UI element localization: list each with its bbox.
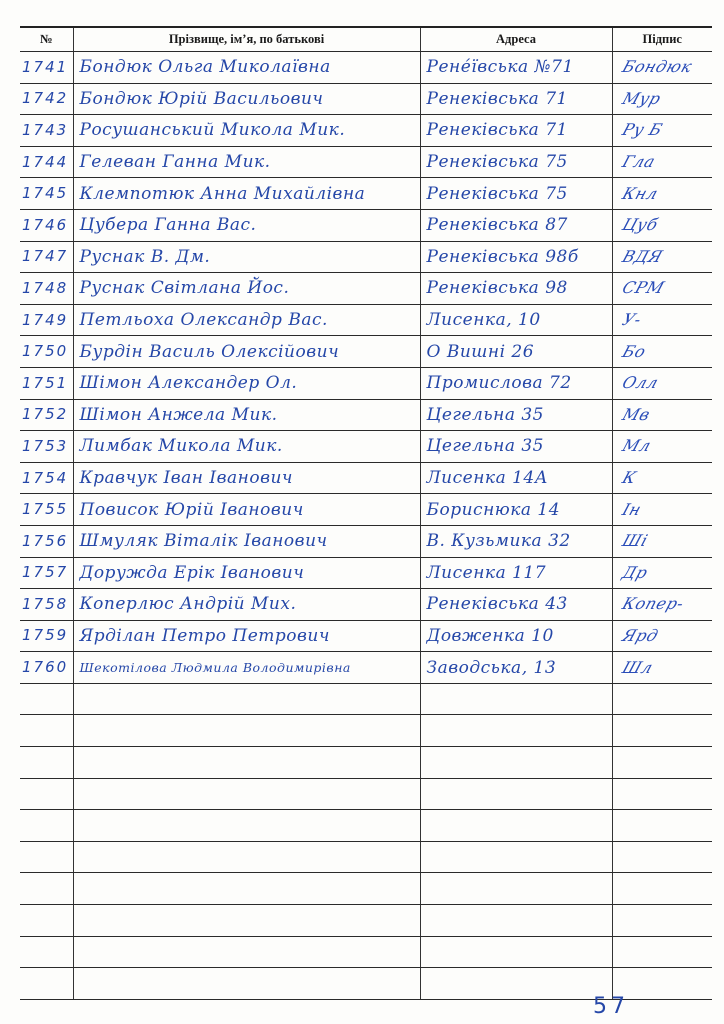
signer-signature-cell: Кнл (612, 178, 712, 210)
signer-address-cell: Бориснюка 14 (420, 494, 612, 526)
row-number-cell: 1750 (20, 336, 73, 368)
signer-name-cell (73, 968, 420, 1000)
row-number: 1755 (20, 500, 68, 518)
signer-address-cell: О Вишні 26 (420, 336, 612, 368)
signer-name: Росушанський Микола Мик. (74, 120, 346, 140)
signer-name-cell (73, 683, 420, 715)
signer-signature-cell: Гла (612, 146, 712, 178)
signer-name: Коперлюс Андрій Мих. (74, 594, 297, 614)
signer-address-cell: Ренеківська 75 (420, 146, 612, 178)
table-row: 1749Петльоха Олександр Вас.Лисенка, 10У- (20, 304, 712, 336)
row-number-cell (20, 841, 73, 873)
petition-sheet: № Прізвище, ім’я, по батькові Адреса Під… (0, 0, 724, 1024)
signer-address-cell (420, 715, 612, 747)
table-row: 1746Цубера Ганна Вас.Ренеківська 87Цуб (20, 209, 712, 241)
signer-signature-cell (612, 841, 712, 873)
signer-signature-cell: Бо (612, 336, 712, 368)
signer-signature: СРМ (612, 278, 666, 297)
table-row: 1750Бурдін Василь ОлексійовичО Вишні 26Б… (20, 336, 712, 368)
row-number-cell: 1756 (20, 525, 73, 557)
signer-signature-cell: Бондюк (612, 52, 712, 84)
signer-signature-cell: ВДЯ (612, 241, 712, 273)
row-number: 1741 (20, 58, 68, 76)
row-number: 1760 (20, 658, 68, 676)
signer-address: Ренеківська 98б (421, 247, 579, 267)
row-number-cell: 1752 (20, 399, 73, 431)
table-row: 1743Росушанський Микола Мик.Ренеківська … (20, 115, 712, 147)
signer-address: Ренеківська 71 (421, 120, 568, 140)
row-number: 1746 (20, 216, 68, 234)
table-row: 1757Доружда Ерік ІвановичЛисенка 117Др (20, 557, 712, 589)
signer-name-cell (73, 715, 420, 747)
row-number-cell: 1759 (20, 620, 73, 652)
signer-signature-cell: Шл (612, 652, 712, 684)
table-row: 1756Шмуляк Віталік ІвановичВ. Кузьмика 3… (20, 525, 712, 557)
table-row: 1754Кравчук Іван ІвановичЛисенка 14АК (20, 462, 712, 494)
signer-signature-cell: Ші (612, 525, 712, 557)
row-number: 1744 (20, 153, 68, 171)
signer-address-cell (420, 841, 612, 873)
signer-address-cell (420, 747, 612, 779)
signer-address: Ренеківська 75 (421, 152, 568, 172)
row-number-cell: 1743 (20, 115, 73, 147)
row-number-cell: 1753 (20, 431, 73, 463)
signer-address: О Вишні 26 (421, 342, 535, 362)
signer-signature: Бондюк (612, 57, 694, 76)
signer-address-cell (420, 683, 612, 715)
signer-signature-cell (612, 778, 712, 810)
signer-signature: К (612, 468, 638, 487)
row-number-cell: 1747 (20, 241, 73, 273)
signer-address-cell: Промислова 72 (420, 367, 612, 399)
table-row (20, 905, 712, 937)
signer-name: Бурдін Василь Олексійович (74, 342, 340, 362)
signer-address-cell (420, 873, 612, 905)
signer-signature-cell: Ін (612, 494, 712, 526)
signer-name-cell: Шекотілова Людмила Володимирівна (73, 652, 420, 684)
signer-name-cell: Доружда Ерік Іванович (73, 557, 420, 589)
row-number-cell (20, 968, 73, 1000)
signer-address-cell (420, 936, 612, 968)
signer-signature: Мл (612, 436, 653, 455)
row-number: 1758 (20, 595, 68, 613)
table-body: 1741Бондюк Ольга МиколаївнаРене́ївська №… (20, 52, 712, 1000)
table-row (20, 873, 712, 905)
signer-signature-cell (612, 810, 712, 842)
signer-signature-cell: Ру Б (612, 115, 712, 147)
row-number-cell: 1760 (20, 652, 73, 684)
table-row (20, 747, 712, 779)
column-header-name: Прізвище, ім’я, по батькові (73, 27, 420, 52)
row-number: 1759 (20, 626, 68, 644)
signer-name-cell: Коперлюс Андрій Мих. (73, 589, 420, 621)
row-number-cell: 1748 (20, 273, 73, 305)
signer-name-cell: Бондюк Юрій Васильович (73, 83, 420, 115)
signer-signature-cell: Цуб (612, 209, 712, 241)
table-row: 1747Руснак В. Дм.Ренеківська 98бВДЯ (20, 241, 712, 273)
signer-name-cell: Петльоха Олександр Вас. (73, 304, 420, 336)
signer-address: Заводська, 13 (421, 658, 557, 678)
signer-address: Цегельна 35 (421, 436, 545, 456)
signer-signature: Мв (612, 405, 652, 424)
row-number-cell (20, 873, 73, 905)
column-header-address: Адреса (420, 27, 612, 52)
signer-signature-cell: У- (612, 304, 712, 336)
signer-name: Руснак Світлана Йос. (74, 278, 290, 298)
signer-name: Цубера Ганна Вас. (74, 215, 257, 235)
signer-address-cell: Довженка 10 (420, 620, 612, 652)
signer-name-cell (73, 905, 420, 937)
signer-name-cell (73, 936, 420, 968)
row-number-cell (20, 747, 73, 779)
signer-name-cell: Повисок Юрій Іванович (73, 494, 420, 526)
signer-name-cell (73, 778, 420, 810)
signer-name: Ярділан Петро Петрович (74, 626, 330, 646)
signer-address: Лисенка 14А (421, 468, 549, 488)
page-number: 57 (593, 994, 629, 1019)
signer-signature-cell: Мур (612, 83, 712, 115)
table-row (20, 936, 712, 968)
row-number: 1750 (20, 342, 68, 360)
signer-signature-cell (612, 683, 712, 715)
row-number: 1751 (20, 374, 68, 392)
table-row (20, 715, 712, 747)
signer-address-cell: В. Кузьмика 32 (420, 525, 612, 557)
signer-name-cell: Шмуляк Віталік Іванович (73, 525, 420, 557)
signer-address: Ренеківська 43 (421, 594, 568, 614)
table-row: 1744Гелеван Ганна Мик.Ренеківська 75Гла (20, 146, 712, 178)
signer-name: Шмуляк Віталік Іванович (74, 531, 328, 551)
row-number: 1747 (20, 247, 68, 265)
signer-name: Шімон Александер Ол. (74, 373, 298, 393)
signer-name: Шекотілова Людмила Володимирівна (74, 660, 351, 675)
signer-address: Довженка 10 (421, 626, 554, 646)
signer-signature: У- (612, 310, 644, 329)
signer-signature-cell: К (612, 462, 712, 494)
signer-name-cell (73, 810, 420, 842)
row-number-cell: 1758 (20, 589, 73, 621)
signer-signature: Ру Б (612, 120, 664, 139)
signer-name: Бондюк Ольга Миколаївна (74, 57, 331, 77)
table-row (20, 841, 712, 873)
row-number-cell: 1741 (20, 52, 73, 84)
table-row (20, 778, 712, 810)
row-number: 1743 (20, 121, 68, 139)
row-number-cell: 1745 (20, 178, 73, 210)
signer-address: Рене́ївська №71 (421, 57, 574, 77)
signer-name: Шімон Анжела Мик. (74, 405, 278, 425)
signer-address: Цегельна 35 (421, 405, 545, 425)
signer-address-cell: Ренеківська 87 (420, 209, 612, 241)
column-header-signature: Підпис (612, 27, 712, 52)
signer-address-cell: Цегельна 35 (420, 431, 612, 463)
signer-name-cell (73, 747, 420, 779)
signer-signature: Ші (612, 531, 650, 550)
signer-address: Лисенка 117 (421, 563, 547, 583)
signer-signature-cell (612, 905, 712, 937)
signer-name: Руснак В. Дм. (74, 247, 211, 267)
row-number-cell: 1751 (20, 367, 73, 399)
signer-address: Промислова 72 (421, 373, 572, 393)
signer-signature-cell: Олл (612, 367, 712, 399)
signer-signature-cell (612, 747, 712, 779)
signer-signature-cell (612, 936, 712, 968)
signer-address: Ренеківська 71 (421, 89, 568, 109)
table-row: 1742Бондюк Юрій ВасильовичРенеківська 71… (20, 83, 712, 115)
signer-name: Бондюк Юрій Васильович (74, 89, 324, 109)
signer-name-cell: Росушанський Микола Мик. (73, 115, 420, 147)
signer-signature: Олл (612, 373, 661, 392)
row-number: 1752 (20, 405, 68, 423)
table-row (20, 810, 712, 842)
row-number-cell: 1755 (20, 494, 73, 526)
row-number-cell: 1749 (20, 304, 73, 336)
signer-name-cell: Кравчук Іван Іванович (73, 462, 420, 494)
row-number-cell (20, 905, 73, 937)
signer-address-cell: Ренеківська 71 (420, 83, 612, 115)
signer-address-cell: Рене́ївська №71 (420, 52, 612, 84)
row-number: 1749 (20, 311, 68, 329)
table-row: 1752Шімон Анжела Мик.Цегельна 35Мв (20, 399, 712, 431)
signer-address-cell (420, 968, 612, 1000)
signer-address-cell (420, 905, 612, 937)
row-number-cell (20, 778, 73, 810)
row-number-cell (20, 715, 73, 747)
signer-name: Кравчук Іван Іванович (74, 468, 294, 488)
table-row: 1755Повисок Юрій ІвановичБориснюка 14Ін (20, 494, 712, 526)
signer-address-cell: Ренеківська 98б (420, 241, 612, 273)
table-row: 1741Бондюк Ольга МиколаївнаРене́ївська №… (20, 52, 712, 84)
signer-name-cell: Руснак Світлана Йос. (73, 273, 420, 305)
signer-address: В. Кузьмика 32 (421, 531, 571, 551)
row-number-cell: 1744 (20, 146, 73, 178)
signer-address: Ренеківська 75 (421, 184, 568, 204)
signer-name-cell (73, 873, 420, 905)
table-row: 1758Коперлюс Андрій Мих.Ренеківська 43Ко… (20, 589, 712, 621)
table-row: 1751Шімон Александер Ол.Промислова 72Олл (20, 367, 712, 399)
row-number-cell: 1746 (20, 209, 73, 241)
signer-address-cell (420, 810, 612, 842)
row-number: 1745 (20, 184, 68, 202)
signer-address-cell: Лисенка, 10 (420, 304, 612, 336)
signature-table: № Прізвище, ім’я, по батькові Адреса Під… (20, 26, 712, 1000)
signer-name: Клемпотюк Анна Михайлівна (74, 184, 366, 204)
signer-address: Ренеківська 98 (421, 278, 568, 298)
signer-name-cell: Гелеван Ганна Мик. (73, 146, 420, 178)
row-number-cell (20, 683, 73, 715)
signer-signature: Кнл (612, 184, 660, 203)
signer-address-cell (420, 778, 612, 810)
signer-signature-cell (612, 715, 712, 747)
row-number-cell (20, 810, 73, 842)
signer-name-cell: Цубера Ганна Вас. (73, 209, 420, 241)
signer-name-cell: Клемпотюк Анна Михайлівна (73, 178, 420, 210)
signer-signature-cell: Ярд (612, 620, 712, 652)
signer-signature: Мур (612, 89, 663, 108)
table-header-row: № Прізвище, ім’я, по батькові Адреса Під… (20, 27, 712, 52)
signer-name-cell: Лимбак Микола Мик. (73, 431, 420, 463)
table-row: 1748Руснак Світлана Йос.Ренеківська 98СР… (20, 273, 712, 305)
signer-address: Ренеківська 87 (421, 215, 568, 235)
signer-signature: ВДЯ (612, 247, 665, 266)
row-number-cell: 1742 (20, 83, 73, 115)
signer-signature-cell: Мл (612, 431, 712, 463)
signer-signature: Ярд (612, 626, 660, 645)
row-number: 1754 (20, 469, 68, 487)
signer-address-cell: Ренеківська 75 (420, 178, 612, 210)
signer-signature: Др (612, 563, 650, 582)
row-number: 1748 (20, 279, 68, 297)
signer-address-cell: Цегельна 35 (420, 399, 612, 431)
signer-signature: Гла (612, 152, 657, 171)
table-row: 1753Лимбак Микола Мик.Цегельна 35Мл (20, 431, 712, 463)
signer-signature: Шл (612, 658, 655, 677)
signer-address-cell: Заводська, 13 (420, 652, 612, 684)
signer-name-cell: Бурдін Василь Олексійович (73, 336, 420, 368)
signer-signature-cell: Др (612, 557, 712, 589)
signer-address: Бориснюка 14 (421, 500, 561, 520)
signer-signature-cell (612, 873, 712, 905)
signer-address: Лисенка, 10 (421, 310, 541, 330)
signer-name: Петльоха Олександр Вас. (74, 310, 328, 330)
signer-name: Повисок Юрій Іванович (74, 500, 304, 520)
table-row: 1745Клемпотюк Анна МихайлівнаРенеківська… (20, 178, 712, 210)
signer-address-cell: Ренеківська 71 (420, 115, 612, 147)
signer-name: Гелеван Ганна Мик. (74, 152, 271, 172)
signer-address-cell: Лисенка 117 (420, 557, 612, 589)
row-number-cell: 1757 (20, 557, 73, 589)
signer-signature: Ін (612, 500, 643, 519)
signer-signature-cell: Копер- (612, 589, 712, 621)
row-number: 1742 (20, 89, 68, 107)
signer-name-cell: Бондюк Ольга Миколаївна (73, 52, 420, 84)
signer-signature-cell: СРМ (612, 273, 712, 305)
table-row: 1759Ярділан Петро ПетровичДовженка 10Ярд (20, 620, 712, 652)
signer-name: Доружда Ерік Іванович (74, 563, 305, 583)
column-header-number: № (20, 27, 73, 52)
signer-address-cell: Ренеківська 43 (420, 589, 612, 621)
signer-name-cell (73, 841, 420, 873)
row-number-cell: 1754 (20, 462, 73, 494)
table-row (20, 683, 712, 715)
signer-address-cell: Ренеківська 98 (420, 273, 612, 305)
table-row: 1760Шекотілова Людмила ВолодимирівнаЗаво… (20, 652, 712, 684)
row-number: 1756 (20, 532, 68, 550)
row-number-cell (20, 936, 73, 968)
signer-name-cell: Шімон Александер Ол. (73, 367, 420, 399)
signer-name: Лимбак Микола Мик. (74, 436, 283, 456)
row-number: 1757 (20, 563, 68, 581)
signer-signature: Бо (612, 342, 648, 361)
signer-name-cell: Ярділан Петро Петрович (73, 620, 420, 652)
signer-signature: Копер- (612, 594, 686, 613)
signer-address-cell: Лисенка 14А (420, 462, 612, 494)
signer-name-cell: Руснак В. Дм. (73, 241, 420, 273)
row-number: 1753 (20, 437, 68, 455)
signer-name-cell: Шімон Анжела Мик. (73, 399, 420, 431)
signer-signature: Цуб (612, 215, 660, 234)
signer-signature-cell: Мв (612, 399, 712, 431)
